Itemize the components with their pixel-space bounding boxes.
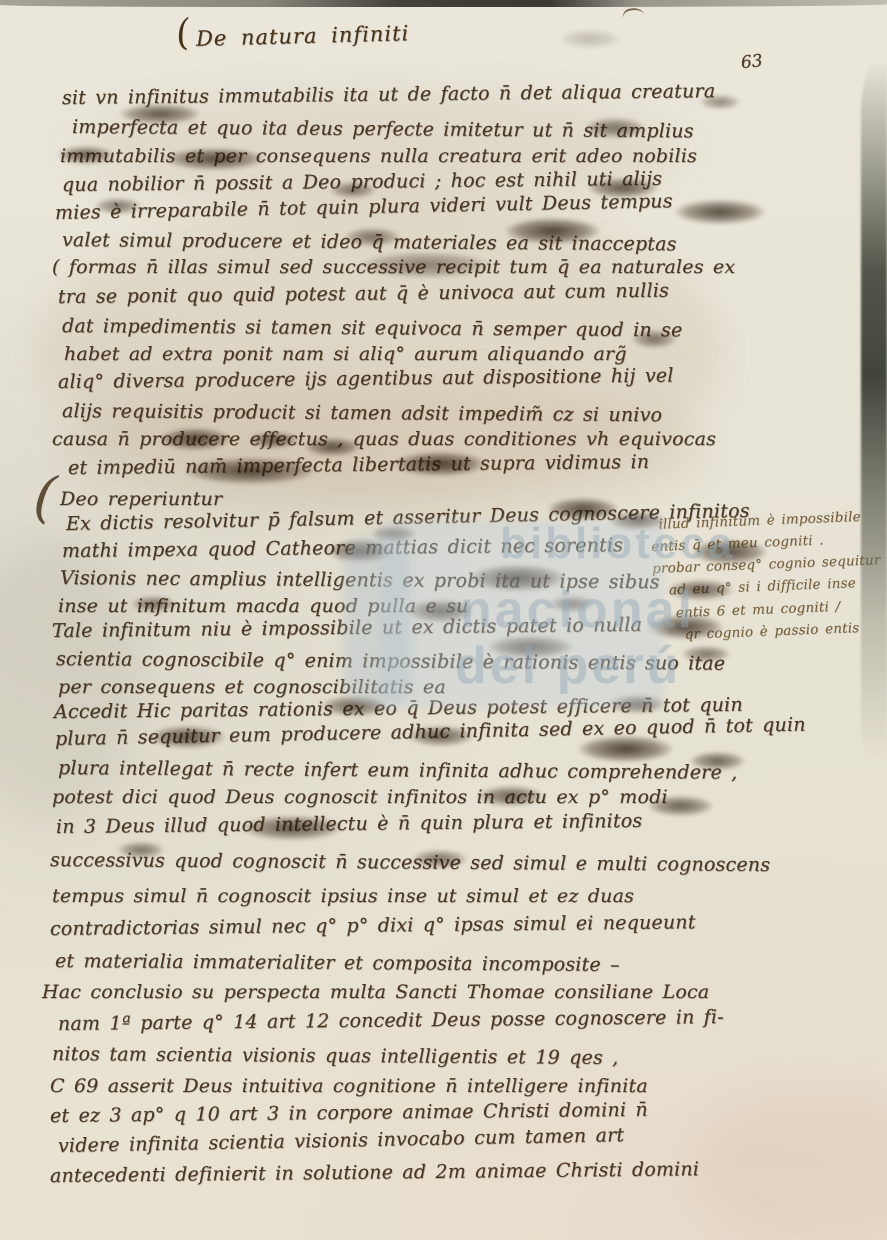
manuscript-page: ( De natura infiniti 63 sit vn infinitus… [0, 0, 887, 1240]
text-line: tra se ponit quo quid potest aut q̄ è un… [58, 281, 669, 308]
text-line: et impediū nam̄ imperfecta libertatis ut… [68, 452, 649, 479]
text-line: contradictorias simul nec q° p° dixi q° … [50, 912, 696, 940]
page-edge-right [861, 60, 887, 760]
pen-mark [621, 6, 645, 22]
text-line: habet ad extra ponit nam si aliq° aurum … [64, 344, 627, 365]
text-line: et ez 3 ap° q 10 art 3 in corpore animae… [50, 1100, 648, 1127]
ink-blot [560, 30, 620, 48]
folio-number: 63 [740, 53, 763, 72]
text-line: scientia cognoscibile q° enim impossibil… [56, 649, 725, 675]
margin-note: illud infinitum è impossibile entis q̄ e… [650, 505, 883, 646]
ink-blot [675, 200, 765, 224]
paper-stain [690, 1090, 887, 1240]
text-line: imperfecta et quo ita deus perfecte imit… [72, 117, 694, 142]
text-line: C 69 asserit Deus intuitiva cognitione n… [50, 1076, 648, 1097]
text-line: Tale infinitum niu è impossibile ut ex d… [52, 615, 642, 642]
text-line: mies è irreparabile n̄ tot quin plura vi… [55, 191, 673, 224]
page-title: De natura infiniti [196, 23, 410, 50]
ink-blot [578, 736, 673, 762]
page-edge-top [0, 0, 887, 7]
ink-blot [550, 596, 594, 612]
text-line: ( formas n̄ illas simul sed successive r… [52, 257, 735, 278]
text-line: mathi impexa quod Catheore mattias dicit… [62, 535, 623, 562]
text-line: aliq° diversa producere ijs agentibus au… [58, 366, 674, 393]
text-line: Hac conclusio su perspecta multa Sancti … [42, 982, 709, 1003]
text-line: causa n̄ producere effectus , quas duas … [52, 429, 716, 450]
text-line: potest dici quod Deus cognoscit infinito… [52, 787, 668, 808]
text-line: dat impedimentis si tamen sit equivoca n… [62, 316, 683, 341]
text-line: et materialia immaterialiter et composit… [55, 951, 620, 976]
text-line: tempus simul n̄ cognoscit ipsius inse ut… [52, 886, 634, 907]
text-line: successivus quod cognoscit n̄ successive… [50, 850, 770, 876]
text-line: nitos tam scientia visionis quas intelli… [52, 1044, 619, 1069]
text-line: inse ut infinitum macda quod pulla e su [58, 596, 468, 617]
text-line: immutabilis et per consequens nulla crea… [60, 146, 697, 167]
text-line: per consequens et cognoscibilitatis ea [58, 677, 446, 698]
text-line: plura intellegat n̄ recte infert eum inf… [58, 758, 738, 784]
margin-flourish: ( [31, 469, 59, 527]
text-line: nam 1ª parte q° 14 art 12 concedit Deus … [58, 1007, 724, 1035]
text-line: antecedenti definierit in solutione ad 2… [50, 1159, 699, 1187]
text-line: Visionis nec amplius intelligentis ex pr… [60, 568, 660, 593]
text-line: alijs requisitis producit si tamen adsit… [62, 401, 662, 426]
title-flourish: ( [174, 15, 193, 53]
text-line: videre infinita scientia visionis invoca… [58, 1125, 625, 1157]
text-line: sit vn infinitus immutabilis ita ut de f… [62, 81, 716, 109]
text-line: valet simul producere et ideo q̄ materia… [62, 230, 677, 255]
text-line: Deo reperiuntur [60, 489, 222, 510]
text-line: in 3 Deus illud quod intellectu è n̄ qui… [56, 811, 643, 838]
